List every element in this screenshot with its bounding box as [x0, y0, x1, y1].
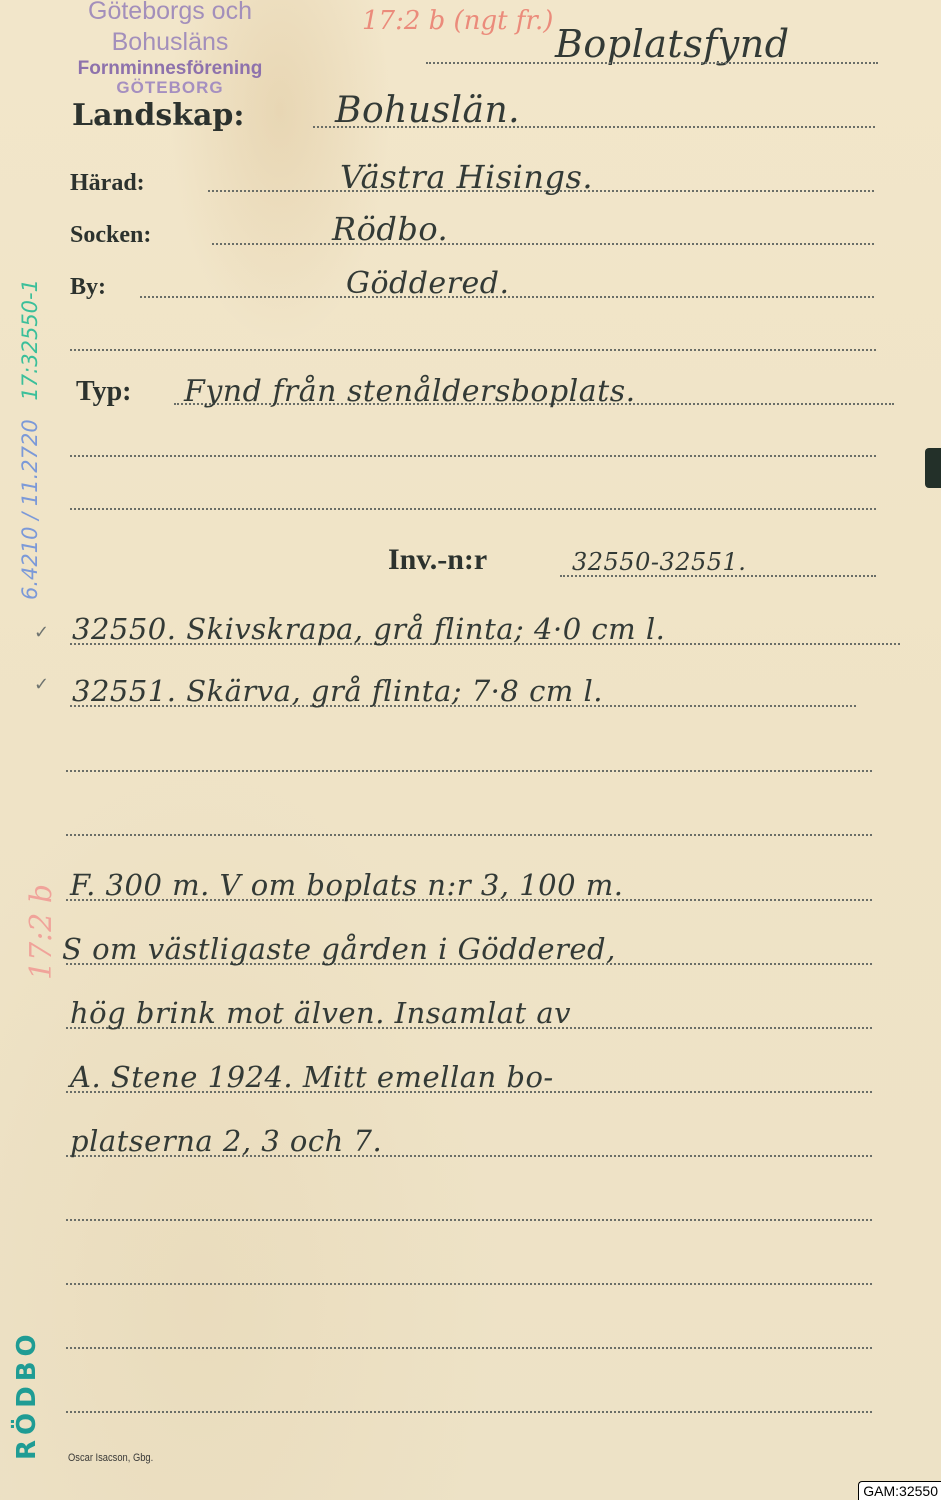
item-row-2: 32551. Skärva, grå flinta; 7·8 cm l.: [72, 674, 603, 708]
notes-line-3: hög brink mot älven. Insamlat av: [70, 996, 571, 1030]
socken-value: Rödbo.: [332, 210, 448, 248]
stamp-line-3: Fornminnesförening: [40, 57, 300, 80]
notes-line-4: A. Stene 1924. Mitt emellan bo-: [70, 1060, 554, 1094]
blank-dotted-line-5: [66, 834, 872, 836]
blank-dotted-line-8: [66, 1347, 872, 1349]
index-tab-marker: [925, 448, 941, 488]
socken-dotted-line: [212, 243, 874, 245]
catalog-id-label: GAM:32550: [858, 1481, 941, 1500]
category-heading: Boplatsfynd: [555, 22, 790, 66]
harad-value: Västra Hisings.: [340, 158, 593, 196]
blank-dotted-line-6: [66, 1219, 872, 1221]
by-label: By:: [70, 274, 106, 301]
parish-side-stamp: RÖDBO: [12, 1329, 42, 1460]
item-number: 32551.: [72, 674, 176, 708]
side-red-annotation: 17:2 b: [24, 884, 59, 980]
side-green-text: 17:32550-1: [18, 279, 42, 401]
blank-dotted-line-2: [70, 455, 876, 457]
typ-value: Fynd från stenåldersboplats.: [184, 374, 636, 409]
blank-dotted-line-9: [66, 1411, 872, 1413]
landskap-value: Bohuslän.: [335, 90, 520, 131]
side-reference-annotation: 6.4210 / 11.2720 17:32550-1: [18, 279, 42, 600]
harad-label: Härad:: [70, 170, 145, 197]
side-blue-text: 6.4210 / 11.2720: [18, 419, 42, 600]
printer-imprint: Oscar Isacson, Gbg.: [68, 1452, 153, 1464]
socken-label: Socken:: [70, 222, 151, 249]
notes-line-1: F. 300 m. V om boplats n:r 3, 100 m.: [70, 868, 624, 902]
item-number: 32550.: [72, 612, 176, 646]
by-value: Göddered.: [346, 266, 510, 301]
notes-line-2: S om västligaste gården i Göddered,: [62, 932, 616, 966]
item-description: Skivskrapa, grå flinta; 4·0 cm l.: [186, 612, 665, 646]
check-mark-icon: ✓: [34, 622, 49, 643]
check-mark-icon: ✓: [34, 674, 49, 695]
stamp-line-4: GÖTEBORG: [40, 78, 300, 99]
blank-dotted-line-4: [66, 770, 872, 772]
stamp-line-2: Bohusläns: [40, 27, 300, 58]
institution-stamp: Göteborgs och Bohusläns Fornminnesföreni…: [40, 0, 300, 99]
blank-dotted-line-7: [66, 1283, 872, 1285]
stamp-line-1: Göteborgs och: [40, 0, 300, 27]
notes-line-5: platserna 2, 3 och 7.: [70, 1124, 382, 1158]
item-description: Skärva, grå flinta; 7·8 cm l.: [186, 674, 603, 708]
inventory-number-label: Inv.-n:r: [388, 543, 487, 577]
inventory-number-value: 32550-32551.: [572, 548, 746, 576]
top-red-annotation: 17:2 b (ngt fr.): [362, 6, 553, 36]
category-dotted-line: [426, 62, 878, 64]
item-row-1: 32550. Skivskrapa, grå flinta; 4·0 cm l.: [72, 612, 665, 646]
typ-label: Typ:: [76, 376, 132, 408]
blank-dotted-line-3: [70, 508, 876, 510]
landskap-label: Landskap:: [72, 98, 245, 133]
blank-dotted-line-1: [70, 349, 876, 351]
